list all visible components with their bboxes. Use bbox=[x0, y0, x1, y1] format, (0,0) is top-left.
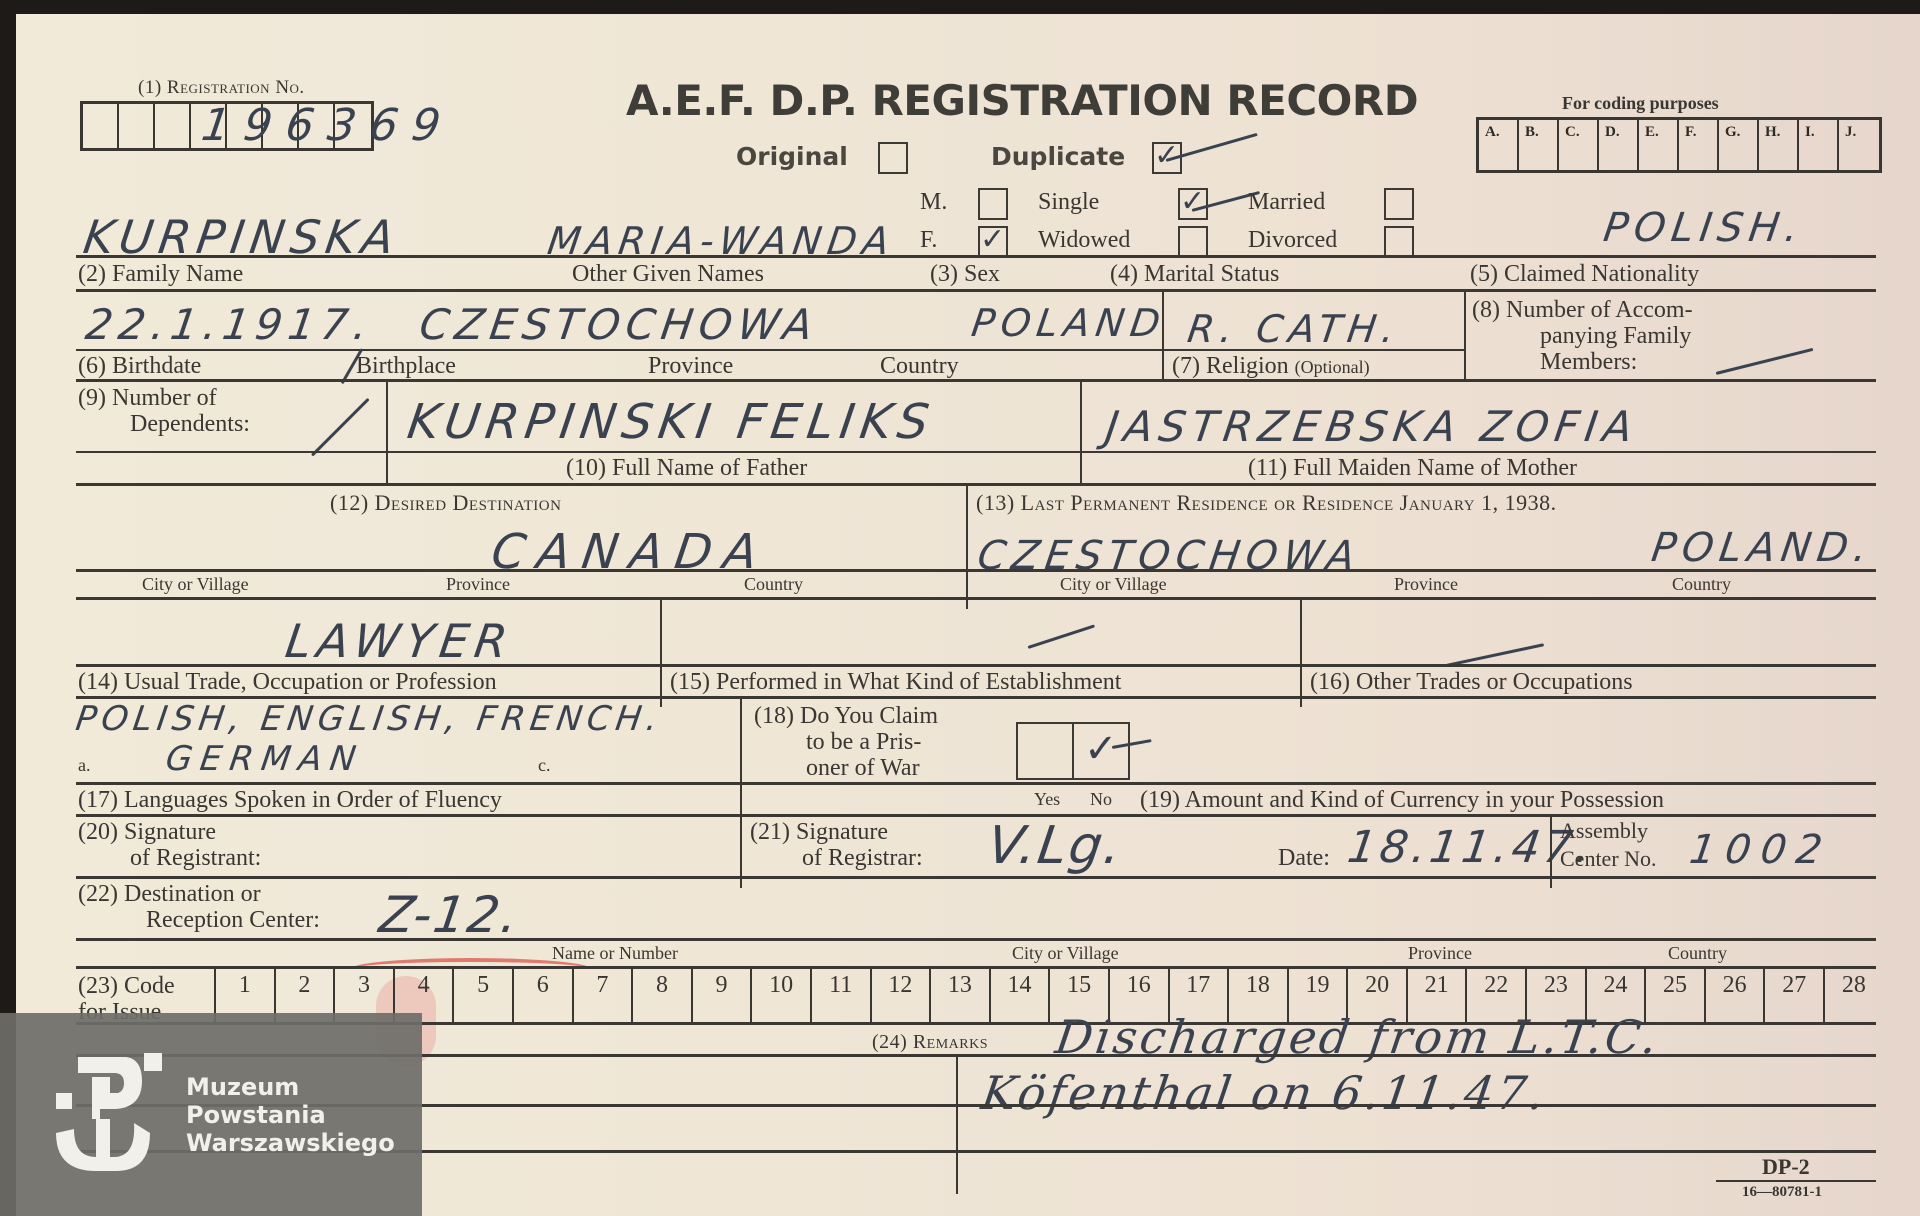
issue-code-cell: 11 bbox=[810, 966, 870, 1024]
sex-f-check-icon: ✓ bbox=[980, 222, 1005, 257]
coding-cell: C. bbox=[1559, 120, 1599, 170]
dependents-dash bbox=[311, 398, 370, 457]
divider bbox=[76, 876, 1876, 879]
registrar-signature-value: V.Lg. bbox=[984, 820, 1126, 872]
coding-cell: H. bbox=[1759, 120, 1799, 170]
marital-married-label: Married bbox=[1248, 190, 1325, 214]
divider bbox=[1162, 289, 1164, 379]
nationality-value: POLISH. bbox=[1601, 208, 1806, 248]
issue-code-cell: 12 bbox=[870, 966, 930, 1024]
coding-cell: E. bbox=[1639, 120, 1679, 170]
divider bbox=[740, 696, 742, 888]
birth-country-value: POLAND bbox=[969, 304, 1168, 342]
last-residence-label: (13) Last Permanent Residence or Residen… bbox=[976, 492, 1557, 514]
languages-a-label: a. bbox=[78, 756, 91, 774]
assembly-center-value: 1002 bbox=[1687, 830, 1834, 870]
divider bbox=[740, 782, 1876, 785]
pow-label-1: (18) Do You Claim bbox=[754, 704, 938, 728]
divider bbox=[660, 597, 662, 707]
reception-center-label-1: (22) Destination or bbox=[78, 882, 261, 906]
divider bbox=[76, 569, 1876, 572]
birthdate-label: (6) Birthdate bbox=[78, 354, 201, 378]
languages-line1-value: POLISH, ENGLISH, FRENCH. bbox=[74, 702, 665, 736]
sex-label: (3) Sex bbox=[930, 262, 1000, 286]
marital-status-label: (4) Marital Status bbox=[1110, 262, 1279, 286]
father-value: KURPINSKI FELIKS bbox=[405, 398, 938, 446]
issue-code-cell: 8 bbox=[631, 966, 691, 1024]
pow-no-check-icon: ✓ bbox=[1084, 726, 1118, 772]
destination-city-label: City or Village bbox=[142, 575, 249, 593]
marital-divorced-label: Divorced bbox=[1248, 228, 1337, 252]
form-title: A.E.F. D.P. REGISTRATION RECORD bbox=[626, 76, 1418, 125]
pow-yes-label: Yes bbox=[1034, 790, 1060, 808]
family-name-value: KURPINSKA bbox=[81, 214, 403, 260]
pow-yes-box[interactable] bbox=[1016, 722, 1074, 780]
marital-widowed-checkbox[interactable] bbox=[1178, 226, 1208, 258]
mother-value: JASTRZEBSKA ZOFIA bbox=[1103, 406, 1641, 448]
divider bbox=[1162, 349, 1464, 351]
pow-label-2: to be a Pris- bbox=[806, 730, 921, 754]
watermark-line3: Warszawskiego bbox=[186, 1129, 395, 1157]
issue-header-country: Country bbox=[1668, 944, 1727, 962]
accompanying-label: (8) Number of Accom- bbox=[1472, 298, 1693, 322]
given-names-label: Other Given Names bbox=[572, 262, 764, 286]
marital-single-label: Single bbox=[1038, 190, 1099, 214]
issue-code-cell: 26 bbox=[1704, 966, 1764, 1024]
single-check-icon: ✓ bbox=[1180, 184, 1205, 219]
issue-header-name: Name or Number bbox=[552, 944, 678, 962]
divider bbox=[386, 451, 1876, 453]
destination-country-label: Country bbox=[744, 575, 803, 593]
occupation-label: (14) Usual Trade, Occupation or Professi… bbox=[78, 670, 497, 694]
watermark-text: Muzeum Powstania Warszawskiego bbox=[186, 1073, 395, 1157]
form-number: DP-2 bbox=[1762, 1154, 1810, 1180]
coding-cell: A. bbox=[1479, 120, 1519, 170]
coding-cell: I. bbox=[1799, 120, 1839, 170]
kotwica-logo-icon bbox=[56, 1053, 166, 1173]
duplicate-label: Duplicate bbox=[991, 142, 1125, 171]
currency-label: (19) Amount and Kind of Currency in your… bbox=[1140, 788, 1664, 812]
establishment-dash bbox=[1028, 624, 1096, 648]
dependents-label-2: Dependents: bbox=[130, 412, 250, 436]
coding-cell: F. bbox=[1679, 120, 1719, 170]
watermark-line1: Muzeum bbox=[186, 1073, 395, 1101]
registrar-signature-label-1: (21) Signature bbox=[750, 820, 888, 844]
remarks-line2-value: Köfenthal on 6.11.47. bbox=[979, 1070, 1550, 1116]
divider bbox=[1716, 1180, 1876, 1182]
issue-code-cell: 27 bbox=[1763, 966, 1823, 1024]
divider bbox=[1300, 597, 1302, 707]
sex-m-label: M. bbox=[920, 190, 947, 214]
divider bbox=[76, 483, 1876, 486]
divider bbox=[76, 664, 1876, 667]
residence-province-label: Province bbox=[1394, 575, 1458, 593]
coding-cell: G. bbox=[1719, 120, 1759, 170]
issue-code-cell: 10 bbox=[750, 966, 810, 1024]
desired-destination-label: (12) Desired Destination bbox=[330, 492, 561, 514]
languages-line2-value: GERMAN bbox=[164, 742, 366, 776]
marital-divorced-checkbox[interactable] bbox=[1384, 226, 1414, 258]
marital-widowed-label: Widowed bbox=[1038, 228, 1130, 252]
birthplace-label: Birthplace bbox=[356, 354, 456, 378]
accompanying-label-2: panying Family bbox=[1540, 324, 1691, 348]
pow-label-3: oner of War bbox=[806, 756, 920, 780]
reception-center-label-2: Reception Center: bbox=[146, 908, 320, 932]
museum-watermark: Muzeum Powstania Warszawskiego bbox=[0, 1013, 422, 1216]
residence-city-label: City or Village bbox=[1060, 575, 1167, 593]
issue-code-cell: 5 bbox=[452, 966, 512, 1024]
issue-code-label-1: (23) Code bbox=[78, 974, 175, 998]
coding-cell: B. bbox=[1519, 120, 1559, 170]
religion-label: (7) Religion (Optional) bbox=[1172, 354, 1370, 378]
family-name-label: (2) Family Name bbox=[78, 262, 243, 286]
issue-code-cell: 6 bbox=[512, 966, 572, 1024]
marital-married-checkbox[interactable] bbox=[1384, 188, 1414, 220]
dependents-label: (9) Number of bbox=[78, 386, 217, 410]
issue-code-cell: 28 bbox=[1823, 966, 1883, 1024]
assembly-center-label-1: Assembly bbox=[1560, 820, 1648, 842]
date-label: Date: bbox=[1278, 846, 1330, 870]
issue-code-cell: 14 bbox=[989, 966, 1049, 1024]
coding-cell: D. bbox=[1599, 120, 1639, 170]
birthplace-value: CZESTOCHOWA bbox=[417, 304, 821, 346]
issue-header-province: Province bbox=[1408, 944, 1472, 962]
divider bbox=[76, 814, 1876, 817]
divider bbox=[76, 289, 1876, 292]
watermark-line2: Powstania bbox=[186, 1101, 395, 1129]
accompanying-dash bbox=[1716, 348, 1814, 375]
religion-value: R. CATH. bbox=[1185, 310, 1403, 348]
nationality-label: (5) Claimed Nationality bbox=[1470, 262, 1699, 286]
languages-label: (17) Languages Spoken in Order of Fluenc… bbox=[78, 788, 502, 812]
original-checkbox[interactable] bbox=[878, 142, 908, 174]
coding-cell: J. bbox=[1839, 120, 1879, 170]
mother-label: (11) Full Maiden Name of Mother bbox=[1248, 456, 1577, 480]
divider bbox=[966, 483, 968, 609]
father-label: (10) Full Name of Father bbox=[566, 456, 807, 480]
coding-boxes: A. B. C. D. E. F. G. H. I. J. bbox=[1476, 117, 1882, 173]
registrant-signature-label-2: of Registrant: bbox=[130, 846, 261, 870]
sex-f-label: F. bbox=[920, 228, 937, 252]
pow-no-label: No bbox=[1090, 790, 1112, 808]
divider bbox=[76, 255, 1876, 258]
divider bbox=[76, 451, 386, 453]
accompanying-label-3: Members: bbox=[1540, 350, 1637, 374]
registrar-signature-label-2: of Registrar: bbox=[802, 846, 923, 870]
divider bbox=[76, 349, 1176, 351]
last-residence-country-value: POLAND. bbox=[1649, 528, 1875, 568]
registration-number: 196369 bbox=[199, 104, 457, 148]
registrant-signature-label-1: (20) Signature bbox=[78, 820, 216, 844]
divider bbox=[386, 379, 388, 483]
birth-province-label: Province bbox=[648, 354, 733, 378]
issue-header-city: City or Village bbox=[1012, 944, 1119, 962]
establishment-label: (15) Performed in What Kind of Establish… bbox=[670, 670, 1121, 694]
divider bbox=[76, 782, 740, 785]
destination-province-label: Province bbox=[446, 575, 510, 593]
residence-country-label: Country bbox=[1672, 575, 1731, 593]
print-code: 16—80781-1 bbox=[1742, 1184, 1822, 1201]
divider bbox=[956, 1054, 958, 1194]
occupation-value: LAWYER bbox=[283, 618, 516, 664]
issue-code-cell: 13 bbox=[929, 966, 989, 1024]
remarks-label: (24) Remarks bbox=[872, 1032, 988, 1052]
coding-label: For coding purposes bbox=[1562, 94, 1719, 112]
divider bbox=[1464, 289, 1466, 379]
issue-code-cell: 9 bbox=[691, 966, 751, 1024]
assembly-center-label-2: Center No. bbox=[1560, 848, 1657, 870]
divider bbox=[76, 597, 1876, 600]
divider bbox=[1080, 379, 1082, 483]
registration-label: (1) Registration No. bbox=[138, 78, 305, 97]
reception-center-value: Z-12. bbox=[376, 890, 522, 940]
languages-c-label: c. bbox=[538, 756, 551, 774]
birthdate-value: 22.1.1917. bbox=[83, 304, 376, 346]
issue-code-cell: 7 bbox=[572, 966, 632, 1024]
other-trades-label: (16) Other Trades or Occupations bbox=[1310, 670, 1633, 694]
sex-m-checkbox[interactable] bbox=[978, 188, 1008, 220]
divider bbox=[76, 379, 1876, 382]
birth-country-label: Country bbox=[880, 354, 959, 378]
divider bbox=[76, 938, 1876, 941]
original-label: Original bbox=[736, 142, 848, 171]
